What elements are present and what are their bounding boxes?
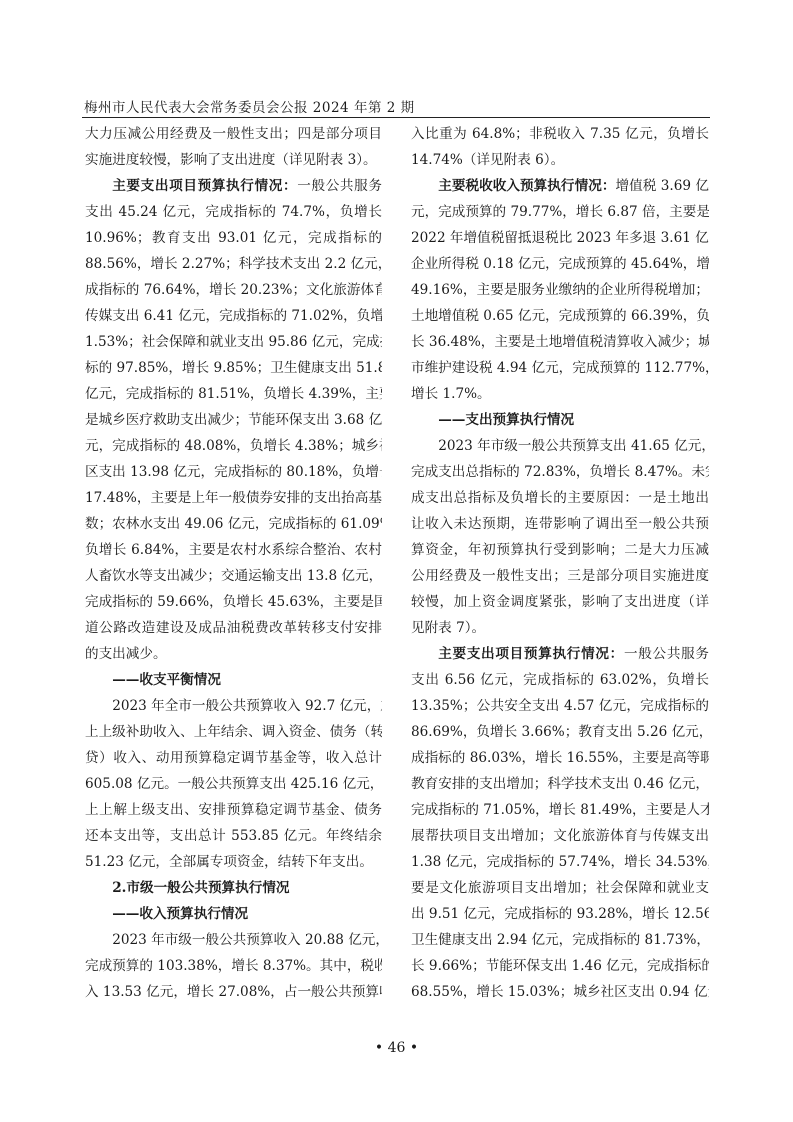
line-text: 支出 6.56 亿元，完成指标的 63.02%，负增长 xyxy=(411,672,709,688)
line-text: 成指标的 76.64%，增长 20.23%；文化旅游体育与 xyxy=(85,282,382,298)
line-text: 教育安排的支出增加；科学技术支出 0.46 亿元， xyxy=(411,776,709,792)
text-line: 长 36.48%，主要是土地增值税清算收入减少；城 xyxy=(411,329,709,355)
bold-lead: ——收入预算执行情况 xyxy=(112,906,248,922)
text-line: 贷）收入、动用预算稳定调节基金等，收入总计 xyxy=(85,745,382,771)
line-text: 13.35%；公共安全支出 4.57 亿元，完成指标的 xyxy=(411,698,709,714)
line-text: 的支出减少。 xyxy=(85,646,167,662)
text-line: 大力压减公用经费及一般性支出；四是部分项目 xyxy=(85,121,382,147)
text-line: 算资金，年初预算执行受到影响；二是大力压减 xyxy=(411,537,709,563)
section-heading: 2.市级一般公共预算执行情况 xyxy=(85,875,382,901)
line-text: 大力压减公用经费及一般性支出；四是部分项目 xyxy=(85,126,382,142)
text-line: 是城乡医疗救助支出减少；节能环保支出 3.68 亿 xyxy=(85,407,382,433)
line-text: 2023 年市级一般公共预算支出 41.65 亿元， xyxy=(438,438,709,454)
text-line: 主要支出项目预算执行情况：一般公共服务 xyxy=(85,173,382,199)
line-text: 标的 97.85%，增长 9.85%；卫生健康支出 51.86 xyxy=(85,360,382,376)
text-line: 完成预算的 103.38%，增长 8.37%。其中，税收收 xyxy=(85,953,382,979)
bold-lead: ——收支平衡情况 xyxy=(112,672,221,688)
text-line: 企业所得税 0.18 亿元，完成预算的 45.64%，增长 xyxy=(411,251,709,277)
text-line: 道公路改造建设及成品油税费改革转移支付安排 xyxy=(85,615,382,641)
line-text: 元，完成预算的 79.77%，增长 6.87 倍，主要是 xyxy=(411,204,709,220)
text-line: 2022 年增值税留抵退税比 2023 年多退 3.61 亿元； xyxy=(411,225,709,251)
text-line: 成支出总指标及负增长的主要原因：一是土地出 xyxy=(411,485,709,511)
text-line: 完成指标的 59.66%，负增长 45.63%，主要是国省 xyxy=(85,589,382,615)
text-line: 支出 45.24 亿元，完成指标的 74.7%，负增长 xyxy=(85,199,382,225)
line-text: 增值税 3.69 亿 xyxy=(615,178,709,194)
line-text: 2022 年增值税留抵退税比 2023 年多退 3.61 亿元； xyxy=(411,230,709,246)
line-text: 企业所得税 0.18 亿元，完成预算的 45.64%，增长 xyxy=(411,256,709,272)
text-line: 传媒支出 6.41 亿元，完成指标的 71.02%，负增长 xyxy=(85,303,382,329)
journal-header: 梅州市人民代表大会常务委员会公报 2024 年第 2 期 xyxy=(84,96,710,118)
line-text: 见附表 7）。 xyxy=(411,620,485,636)
line-text: 成支出总指标及负增长的主要原因：一是土地出 xyxy=(411,490,709,506)
line-text: 实施进度较慢，影响了支出进度（详见附表 3）。 xyxy=(85,152,377,168)
text-line: 标的 97.85%，增长 9.85%；卫生健康支出 51.86 xyxy=(85,355,382,381)
line-text: 上上级补助收入、上年结余、调入资金、债务（转 xyxy=(85,724,382,740)
line-text: 2023 年市级一般公共预算收入 20.88 亿元， xyxy=(112,932,382,948)
line-text: 区支出 13.98 亿元，完成指标的 80.18%，负增长 xyxy=(85,464,382,480)
text-line: 较慢，加上资金调度紧张，影响了支出进度（详 xyxy=(411,589,709,615)
line-text: 一般公共服务 xyxy=(624,646,709,662)
line-text: 公用经费及一般性支出；三是部分项目实施进度 xyxy=(411,568,709,584)
text-line: 展帮扶项目支出增加；文化旅游体育与传媒支出 xyxy=(411,823,709,849)
line-text: 完成指标的 71.05%，增长 81.49%，主要是人才发 xyxy=(411,802,709,818)
text-line: 1.38 亿元，完成指标的 57.74%，增长 34.53%，主 xyxy=(411,849,709,875)
text-line: 2023 年市级一般公共预算收入 20.88 亿元， xyxy=(85,927,382,953)
text-line: 2023 年全市一般公共预算收入 92.7 亿元，加 xyxy=(85,693,382,719)
line-text: 支出 45.24 亿元，完成指标的 74.7%，负增长 xyxy=(85,204,382,220)
text-line: 亿元，完成指标的 81.51%，负增长 4.39%，主要 xyxy=(85,381,382,407)
text-line: 要是文化旅游项目支出增加；社会保障和就业支 xyxy=(411,875,709,901)
line-text: 入比重为 64.8%；非税收入 7.35 亿元，负增长 xyxy=(411,126,709,142)
text-line: 上上解上级支出、安排预算稳定调节基金、债务 xyxy=(85,797,382,823)
text-line: 增长 1.7%。 xyxy=(411,381,709,407)
line-text: 要是文化旅游项目支出增加；社会保障和就业支 xyxy=(411,880,709,896)
line-text: 17.48%，主要是上年一般债券安排的支出抬高基 xyxy=(85,490,382,506)
line-text: 长 36.48%，主要是土地增值税清算收入减少；城 xyxy=(411,334,709,350)
text-line: 入比重为 64.8%；非税收入 7.35 亿元，负增长 xyxy=(411,121,709,147)
line-text: 贷）收入、动用预算稳定调节基金等，收入总计 xyxy=(85,750,382,766)
text-line: 完成指标的 71.05%，增长 81.49%，主要是人才发 xyxy=(411,797,709,823)
line-text: 完成指标的 59.66%，负增长 45.63%，主要是国省 xyxy=(85,594,382,610)
text-line: 86.69%，负增长 3.66%；教育支出 5.26 亿元，完 xyxy=(411,719,709,745)
line-text: 道公路改造建设及成品油税费改革转移支付安排 xyxy=(85,620,382,636)
bold-lead: 2.市级一般公共预算执行情况 xyxy=(112,880,289,896)
text-line: 让收入未达预期，连带影响了调出至一般公共预 xyxy=(411,511,709,537)
text-line: 1.53%；社会保障和就业支出 95.86 亿元，完成指 xyxy=(85,329,382,355)
line-text: 完成预算的 103.38%，增长 8.37%。其中，税收收 xyxy=(85,958,382,974)
text-line: 完成支出总指标的 72.83%，负增长 8.47%。未完 xyxy=(411,459,709,485)
line-text: 数；农林水支出 49.06 亿元，完成指标的 61.09%， xyxy=(85,516,382,532)
text-line: 人畜饮水等支出减少；交通运输支出 13.8 亿元， xyxy=(85,563,382,589)
text-line: 市维护建设税 4.94 亿元，完成预算的 112.77%， xyxy=(411,355,709,381)
text-line: 成指标的 86.03%，增长 16.55%，主要是高等职业 xyxy=(411,745,709,771)
line-text: 10.96%；教育支出 93.01 亿元，完成指标的 xyxy=(85,230,382,246)
text-line: 数；农林水支出 49.06 亿元，完成指标的 61.09%， xyxy=(85,511,382,537)
line-text: 人畜饮水等支出减少；交通运输支出 13.8 亿元， xyxy=(85,568,382,584)
section-heading: ——收入预算执行情况 xyxy=(85,901,382,927)
text-line: 2023 年市级一般公共预算支出 41.65 亿元， xyxy=(411,433,709,459)
line-text: 较慢，加上资金调度紧张，影响了支出进度（详 xyxy=(411,594,709,610)
line-text: 出 9.51 亿元，完成指标的 93.28%，增长 12.56%； xyxy=(411,906,709,922)
text-line: 68.55%，增长 15.03%；城乡社区支出 0.94 亿元， xyxy=(411,979,709,1005)
left-column: 大力压减公用经费及一般性支出；四是部分项目实施进度较慢，影响了支出进度（详见附表… xyxy=(85,121,382,1005)
text-line: 见附表 7）。 xyxy=(411,615,709,641)
section-heading: ——收支平衡情况 xyxy=(85,667,382,693)
text-line: 元，完成预算的 79.77%，增长 6.87 倍，主要是 xyxy=(411,199,709,225)
line-text: 605.08 亿元。一般公共预算支出 425.16 亿元，加 xyxy=(85,776,382,792)
line-text: 负增长 6.84%，主要是农村水系综合整治、农村 xyxy=(85,542,382,558)
line-text: 68.55%，增长 15.03%；城乡社区支出 0.94 亿元， xyxy=(411,984,709,1000)
line-text: 展帮扶项目支出增加；文化旅游体育与传媒支出 xyxy=(411,828,709,844)
line-text: 14.74%（详见附表 6）。 xyxy=(411,152,564,168)
line-text: 长 9.66%；节能环保支出 1.46 亿元，完成指标的 xyxy=(411,958,709,974)
header-rule xyxy=(82,117,710,118)
text-line: 10.96%；教育支出 93.01 亿元，完成指标的 xyxy=(85,225,382,251)
right-column: 入比重为 64.8%；非税收入 7.35 亿元，负增长14.74%（详见附表 6… xyxy=(411,121,709,1005)
text-line: 土地增值税 0.65 亿元，完成预算的 66.39%，负增 xyxy=(411,303,709,329)
line-text: 上上解上级支出、安排预算稳定调节基金、债务 xyxy=(85,802,382,818)
line-text: 元，完成指标的 48.08%，负增长 4.38%；城乡社 xyxy=(85,438,382,454)
line-text: 亿元，完成指标的 81.51%，负增长 4.39%，主要 xyxy=(85,386,382,402)
line-text: 完成支出总指标的 72.83%，负增长 8.47%。未完 xyxy=(411,464,709,480)
line-text: 土地增值税 0.65 亿元，完成预算的 66.39%，负增 xyxy=(411,308,709,324)
text-line: 17.48%，主要是上年一般债券安排的支出抬高基 xyxy=(85,485,382,511)
text-line: 教育安排的支出增加；科学技术支出 0.46 亿元， xyxy=(411,771,709,797)
line-text: 1.38 亿元，完成指标的 57.74%，增长 34.53%，主 xyxy=(411,854,709,870)
text-line: 元，完成指标的 48.08%，负增长 4.38%；城乡社 xyxy=(85,433,382,459)
line-text: 1.53%；社会保障和就业支出 95.86 亿元，完成指 xyxy=(85,334,382,350)
text-line: 支出 6.56 亿元，完成指标的 63.02%，负增长 xyxy=(411,667,709,693)
bold-lead: 主要税收收入预算执行情况： xyxy=(438,178,615,194)
line-text: 是城乡医疗救助支出减少；节能环保支出 3.68 亿 xyxy=(85,412,382,428)
line-text: 入 13.53 亿元，增长 27.08%，占一般公共预算收 xyxy=(85,984,382,1000)
page-number: • 46 • xyxy=(0,1040,793,1056)
line-text: 传媒支出 6.41 亿元，完成指标的 71.02%，负增长 xyxy=(85,308,382,324)
text-line: 13.35%；公共安全支出 4.57 亿元，完成指标的 xyxy=(411,693,709,719)
text-line: 长 9.66%；节能环保支出 1.46 亿元，完成指标的 xyxy=(411,953,709,979)
text-line: 区支出 13.98 亿元，完成指标的 80.18%，负增长 xyxy=(85,459,382,485)
line-text: 一般公共服务 xyxy=(297,178,382,194)
text-line: 49.16%，主要是服务业缴纳的企业所得税增加； xyxy=(411,277,709,303)
line-text: 让收入未达预期，连带影响了调出至一般公共预 xyxy=(411,516,709,532)
bold-lead: ——支出预算执行情况 xyxy=(438,412,574,428)
line-text: 算资金，年初预算执行受到影响；二是大力压减 xyxy=(411,542,709,558)
text-line: 还本支出等，支出总计 553.85 亿元。年终结余 xyxy=(85,823,382,849)
text-line: 负增长 6.84%，主要是农村水系综合整治、农村 xyxy=(85,537,382,563)
line-text: 成指标的 86.03%，增长 16.55%，主要是高等职业 xyxy=(411,750,709,766)
text-line: 实施进度较慢，影响了支出进度（详见附表 3）。 xyxy=(85,147,382,173)
line-text: 增长 1.7%。 xyxy=(411,386,491,402)
text-line: 51.23 亿元，全部属专项资金，结转下年支出。 xyxy=(85,849,382,875)
line-text: 2023 年全市一般公共预算收入 92.7 亿元，加 xyxy=(112,698,382,714)
text-line: 的支出减少。 xyxy=(85,641,382,667)
text-line: 出 9.51 亿元，完成指标的 93.28%，增长 12.56%； xyxy=(411,901,709,927)
text-line: 成指标的 76.64%，增长 20.23%；文化旅游体育与 xyxy=(85,277,382,303)
text-line: 卫生健康支出 2.94 亿元，完成指标的 81.73%，增 xyxy=(411,927,709,953)
line-text: 市维护建设税 4.94 亿元，完成预算的 112.77%， xyxy=(411,360,709,376)
bold-lead: 主要支出项目预算执行情况： xyxy=(438,646,624,662)
text-line: 605.08 亿元。一般公共预算支出 425.16 亿元，加 xyxy=(85,771,382,797)
line-text: 51.23 亿元，全部属专项资金，结转下年支出。 xyxy=(85,854,373,870)
line-text: 86.69%，负增长 3.66%；教育支出 5.26 亿元，完 xyxy=(411,724,709,740)
text-line: 主要税收收入预算执行情况：增值税 3.69 亿 xyxy=(411,173,709,199)
line-text: 49.16%，主要是服务业缴纳的企业所得税增加； xyxy=(411,282,709,298)
line-text: 卫生健康支出 2.94 亿元，完成指标的 81.73%，增 xyxy=(411,932,709,948)
text-line: 公用经费及一般性支出；三是部分项目实施进度 xyxy=(411,563,709,589)
bold-lead: 主要支出项目预算执行情况： xyxy=(112,178,297,194)
line-text: 还本支出等，支出总计 553.85 亿元。年终结余 xyxy=(85,828,382,844)
section-heading: ——支出预算执行情况 xyxy=(411,407,709,433)
text-line: 88.56%，增长 2.27%；科学技术支出 2.2 亿元，完 xyxy=(85,251,382,277)
text-line: 14.74%（详见附表 6）。 xyxy=(411,147,709,173)
text-line: 主要支出项目预算执行情况：一般公共服务 xyxy=(411,641,709,667)
text-line: 入 13.53 亿元，增长 27.08%，占一般公共预算收 xyxy=(85,979,382,1005)
line-text: 88.56%，增长 2.27%；科学技术支出 2.2 亿元，完 xyxy=(85,256,382,272)
text-line: 上上级补助收入、上年结余、调入资金、债务（转 xyxy=(85,719,382,745)
